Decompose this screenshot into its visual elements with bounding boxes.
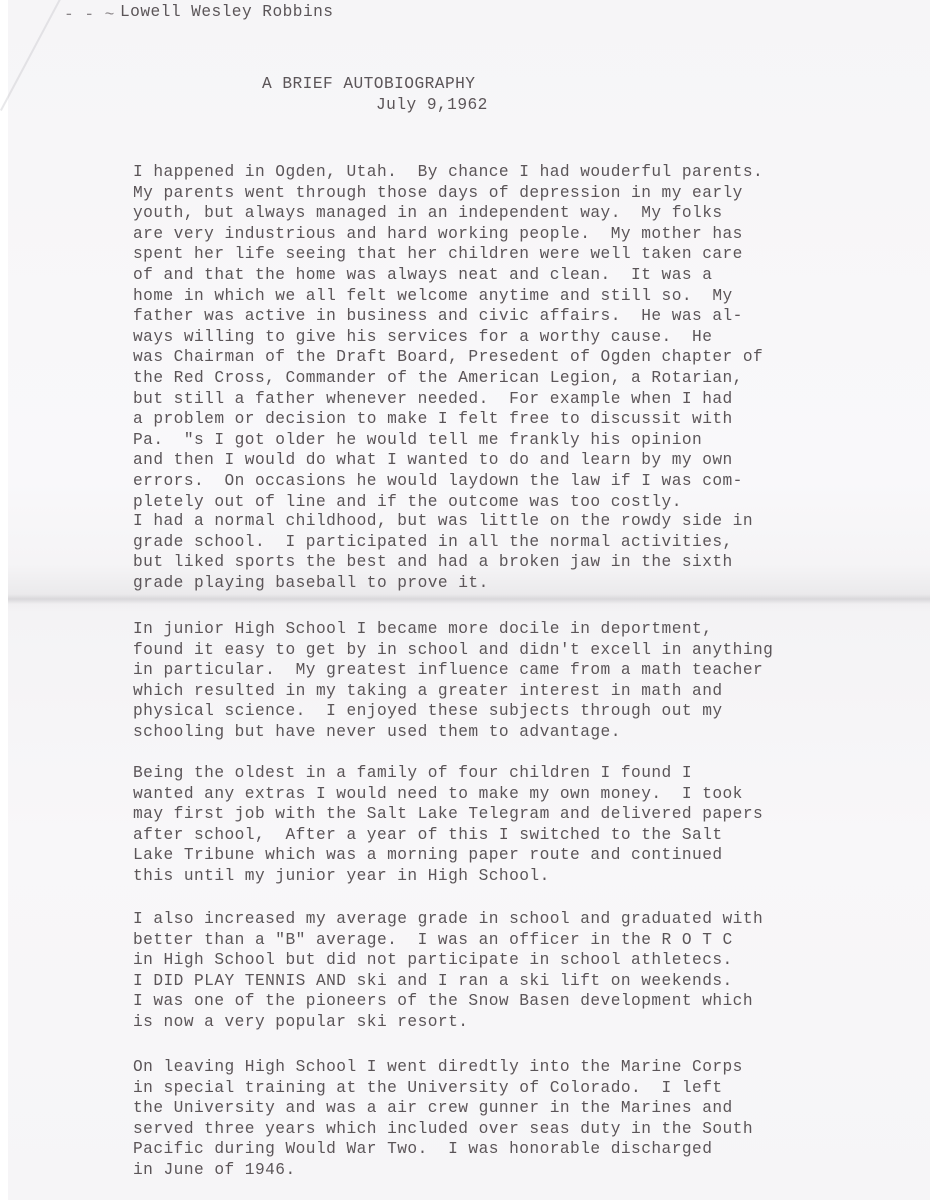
text-line: Pa. "s I got older he would tell me fran… <box>133 430 833 451</box>
text-line: Pacific during Would War Two. I was hono… <box>133 1139 833 1160</box>
text-line: may first job with the Salt Lake Telegra… <box>133 804 833 825</box>
text-line: found it easy to get by in school and di… <box>133 640 833 661</box>
paragraph-family: I happened in Ogden, Utah. By chance I h… <box>133 162 833 512</box>
text-line: I DID PLAY TENNIS AND ski and I ran a sk… <box>133 971 833 992</box>
text-line: the Red Cross, Commander of the American… <box>133 368 833 389</box>
text-line: In junior High School I became more doci… <box>133 619 833 640</box>
paragraph-marine-corps: On leaving High School I went diredtly i… <box>133 1057 833 1181</box>
text-line: are very industrious and hard working pe… <box>133 224 833 245</box>
text-line: the University and was a air crew gunner… <box>133 1098 833 1119</box>
paragraph-junior-high: In junior High School I became more doci… <box>133 619 833 743</box>
text-line: I happened in Ogden, Utah. By chance I h… <box>133 162 833 183</box>
text-line: Being the oldest in a family of four chi… <box>133 763 833 784</box>
text-line: On leaving High School I went diredtly i… <box>133 1057 833 1078</box>
paper-fold <box>8 594 930 604</box>
text-line: is now a very popular ski resort. <box>133 1012 833 1033</box>
text-line: My parents went through those days of de… <box>133 183 833 204</box>
document-title: A BRIEF AUTOBIOGRAPHY <box>262 74 475 95</box>
text-line: pletely out of line and if the outcome w… <box>133 492 833 513</box>
text-line: grade playing baseball to prove it. <box>133 573 833 594</box>
text-line: served three years which included over s… <box>133 1119 833 1140</box>
text-line: spent her life seeing that her children … <box>133 244 833 265</box>
text-line: in particular. My greatest influence cam… <box>133 660 833 681</box>
paragraph-high-school: I also increased my average grade in sch… <box>133 909 833 1033</box>
scan-margin-right <box>930 0 940 1200</box>
text-line: errors. On occasions he would laydown th… <box>133 471 833 492</box>
text-line: wanted any extras I would need to make m… <box>133 784 833 805</box>
paragraph-first-job: Being the oldest in a family of four chi… <box>133 763 833 887</box>
text-line: I had a normal childhood, but was little… <box>133 511 833 532</box>
text-line: but still a father whenever needed. For … <box>133 389 833 410</box>
text-line: in High School but did not participate i… <box>133 950 833 971</box>
document-date: July 9,1962 <box>376 95 488 116</box>
paragraph-childhood: I had a normal childhood, but was little… <box>133 511 833 593</box>
text-line: I also increased my average grade in sch… <box>133 909 833 930</box>
text-line: I was one of the pioneers of the Snow Ba… <box>133 991 833 1012</box>
text-line: and then I would do what I wanted to do … <box>133 450 833 471</box>
scan-margin-left <box>0 0 8 1200</box>
margin-mark: - - ~ <box>64 5 115 26</box>
text-line: after school, After a year of this I swi… <box>133 825 833 846</box>
text-line: grade school. I participated in all the … <box>133 532 833 553</box>
text-line: of and that the home was always neat and… <box>133 265 833 286</box>
text-line: Lake Tribune which was a morning paper r… <box>133 845 833 866</box>
text-line: but liked sports the best and had a brok… <box>133 552 833 573</box>
text-line: a problem or decision to make I felt fre… <box>133 409 833 430</box>
text-line: better than a "B" average. I was an offi… <box>133 930 833 951</box>
text-line: schooling but have never used them to ad… <box>133 722 833 743</box>
author-name: Lowell Wesley Robbins <box>120 2 333 23</box>
text-line: which resulted in my taking a greater in… <box>133 681 833 702</box>
text-line: this until my junior year in High School… <box>133 866 833 887</box>
text-line: father was active in business and civic … <box>133 306 833 327</box>
text-line: ways willing to give his services for a … <box>133 327 833 348</box>
text-line: home in which we all felt welcome anytim… <box>133 286 833 307</box>
text-line: physical science. I enjoyed these subjec… <box>133 701 833 722</box>
text-line: in special training at the University of… <box>133 1078 833 1099</box>
text-line: youth, but always managed in an independ… <box>133 203 833 224</box>
text-line: in June of 1946. <box>133 1160 833 1181</box>
text-line: was Chairman of the Draft Board, Presede… <box>133 347 833 368</box>
